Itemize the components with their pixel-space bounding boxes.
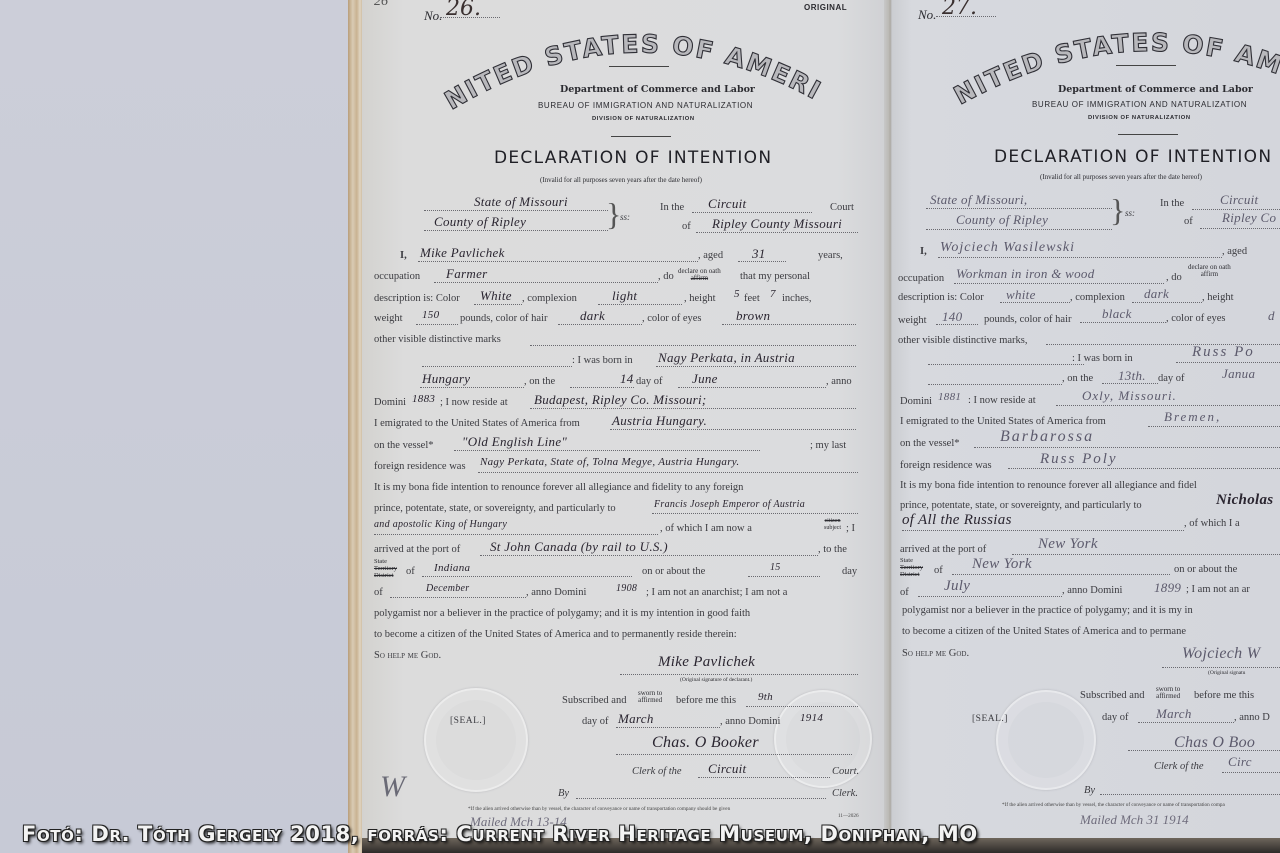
born-label: : I was born in bbox=[572, 355, 633, 366]
declare-affirm-choice: declare on oathaffirm bbox=[1188, 264, 1231, 278]
state-territory-district-choice: StateTerritoryDistrict bbox=[900, 557, 923, 578]
hair-value: black bbox=[1102, 306, 1132, 322]
field-line bbox=[1222, 772, 1280, 773]
clerk-court-value: Circ bbox=[1228, 754, 1252, 770]
birth-month-value: June bbox=[692, 371, 718, 387]
eyes-label: , color of eyes bbox=[642, 313, 701, 324]
no-label: No. bbox=[918, 7, 936, 23]
subscribed-label: Subscribed and bbox=[1080, 690, 1144, 701]
weight-value: 150 bbox=[422, 309, 439, 321]
field-line bbox=[480, 555, 818, 556]
field-line bbox=[1080, 322, 1166, 323]
sovereign-cont-value: of All the Russias bbox=[902, 512, 1012, 529]
last-label: ; my last bbox=[810, 440, 846, 451]
field-line bbox=[420, 387, 524, 388]
clerk-of-label: Clerk of the bbox=[632, 766, 682, 777]
height-label: , height bbox=[684, 293, 716, 304]
in-the-label: In the bbox=[660, 202, 684, 213]
pounds-label: pounds, color of hair bbox=[460, 313, 547, 324]
anno-domini-label-2: , anno Domini bbox=[720, 716, 780, 727]
department-heading: Department of Commerce and Labor bbox=[1058, 84, 1253, 95]
field-line bbox=[424, 210, 608, 211]
emigrated-from-value: Austria Hungary. bbox=[612, 413, 707, 429]
clerk-signature: Chas. O Booker bbox=[652, 734, 759, 752]
form-title: DECLARATION OF INTENTION bbox=[494, 148, 772, 168]
sworn-affirmed-choice: sworn toaffirmed bbox=[638, 690, 662, 704]
arrival-month-value: December bbox=[426, 583, 470, 594]
occupation-label: occupation bbox=[898, 273, 944, 284]
anno-domini-label-2: , anno D bbox=[1234, 712, 1270, 723]
foreign-label: foreign residence was bbox=[900, 460, 992, 471]
arrival-year-value: 1908 bbox=[616, 583, 637, 594]
weight-label: weight bbox=[374, 313, 403, 324]
declarant-signature: Mike Pavlichek bbox=[658, 654, 755, 671]
on-the-label: , on the bbox=[524, 376, 555, 387]
emigrated-from-value: Bremen, bbox=[1164, 409, 1221, 425]
field-line bbox=[698, 777, 830, 778]
port-value: St John Canada (by rail to U.S.) bbox=[490, 539, 668, 555]
divider-rule bbox=[1116, 65, 1176, 66]
field-line bbox=[610, 429, 856, 430]
signature-caption: (Original signatu bbox=[1208, 670, 1245, 676]
no-label: No. bbox=[424, 8, 442, 24]
prince-label: prince, potentate, state, or sovereignty… bbox=[374, 503, 616, 514]
form-code: 11—2026 bbox=[838, 813, 859, 819]
field-line bbox=[974, 447, 1280, 448]
weight-value: 140 bbox=[942, 309, 962, 325]
field-line bbox=[1200, 228, 1280, 229]
of-label-2: of bbox=[934, 565, 943, 576]
field-line bbox=[1000, 302, 1070, 303]
complexion-label: , complexion bbox=[522, 293, 577, 304]
field-line bbox=[738, 261, 786, 262]
bona-fide-text: It is my bona fide intention to renounce… bbox=[900, 480, 1197, 491]
field-line bbox=[1008, 468, 1280, 469]
citizen-subject-choice: citizensubject bbox=[824, 518, 841, 532]
field-line bbox=[954, 283, 1164, 284]
field-line bbox=[576, 798, 826, 799]
page-tab-number: 26 bbox=[374, 0, 388, 10]
marks-label: other visible distinctive marks, bbox=[898, 335, 1027, 346]
ss-label: ss: bbox=[1125, 208, 1135, 218]
occupation-value: Workman in iron & wood bbox=[956, 266, 1095, 282]
anno-label: , anno bbox=[826, 376, 852, 387]
field-line bbox=[1138, 722, 1234, 723]
day-of-label-2: day of bbox=[1102, 712, 1129, 723]
field-line bbox=[926, 229, 1112, 230]
left-page-form-26: 26 No. 26. ORIGINAL UNITED STATES OF AME… bbox=[362, 0, 890, 853]
marks-label: other visible distinctive marks bbox=[374, 334, 501, 345]
field-line bbox=[722, 324, 856, 325]
of-label: of bbox=[1184, 216, 1193, 227]
complexion-label: , complexion bbox=[1070, 292, 1125, 303]
field-line bbox=[530, 345, 856, 346]
foreign-residence-value: Russ Poly bbox=[1040, 451, 1118, 468]
vessel-label: on the vessel* bbox=[900, 438, 960, 449]
of-label-3: of bbox=[374, 587, 383, 598]
birth-year-value: 1883 bbox=[412, 393, 435, 405]
invalid-note: (Invalid for all purposes seven years af… bbox=[1040, 173, 1202, 181]
eyes-value: brown bbox=[736, 308, 770, 324]
field-line bbox=[938, 257, 1222, 258]
height-feet-value: 5 bbox=[734, 288, 740, 300]
pencil-mark: W bbox=[380, 770, 405, 804]
birth-day-value: 13th. bbox=[1118, 368, 1146, 384]
pencil-note: Mailed Mch 31 1914 bbox=[1080, 812, 1189, 828]
declarant-name-value: Wojciech Wasilewski bbox=[940, 240, 1075, 256]
so-help-me-god: So help me God. bbox=[374, 650, 441, 661]
polygamist-text: polygamist nor a believer in the practic… bbox=[374, 608, 750, 619]
court-label-2: Court. bbox=[832, 766, 859, 777]
arch-title: UNITED STATES OF AMERICA bbox=[442, 10, 842, 110]
field-line bbox=[926, 208, 1112, 209]
day-of-label-2: day of bbox=[582, 716, 609, 727]
arrived-label: arrived at the port of bbox=[374, 544, 460, 555]
anarchist-text: ; I am not an anarchist; I am not a bbox=[646, 587, 787, 598]
residence-value: Oxly, Missouri. bbox=[1082, 388, 1177, 404]
field-line bbox=[696, 232, 858, 233]
division-heading: DIVISION OF NATURALIZATION bbox=[1088, 115, 1191, 121]
clerk-label: Clerk. bbox=[832, 788, 858, 799]
domini-label: Domini bbox=[374, 397, 406, 408]
field-line bbox=[418, 261, 698, 262]
divider-rule bbox=[611, 136, 671, 137]
height-label: , height bbox=[1202, 292, 1234, 303]
photo-credit-caption: Fotó: Dr. Tóth Gergely 2018, forrás: Cur… bbox=[22, 822, 978, 846]
subscribed-label: Subscribed and bbox=[562, 695, 626, 706]
about-label: on or about the bbox=[1174, 564, 1237, 575]
reside-label: ; I now reside at bbox=[440, 397, 508, 408]
arrived-label: arrived at the port of bbox=[900, 544, 986, 555]
vessel-value: Barbarossa bbox=[1000, 428, 1094, 446]
arrival-day-value: 15 bbox=[770, 562, 781, 573]
personal-label: that my personal bbox=[740, 271, 810, 282]
field-line bbox=[598, 304, 682, 305]
field-line bbox=[416, 324, 458, 325]
signature-line bbox=[1128, 750, 1280, 751]
field-line bbox=[1148, 426, 1280, 427]
declarant-name-value: Mike Pavlichek bbox=[420, 245, 505, 261]
field-line bbox=[1132, 302, 1202, 303]
embossed-seal-left bbox=[424, 688, 528, 792]
color-value: White bbox=[480, 288, 512, 304]
aged-label: , aged bbox=[698, 250, 723, 261]
sovereign-cont-value: and apostolic King of Hungary bbox=[374, 519, 507, 530]
court-name-value: Circuit bbox=[708, 196, 746, 212]
field-line bbox=[928, 364, 1084, 365]
on-the-label: , on the bbox=[1062, 373, 1093, 384]
day-of-label: day of bbox=[1158, 373, 1185, 384]
i-label: I, bbox=[920, 246, 927, 257]
anarchist-text: ; I am not an ar bbox=[1186, 584, 1250, 595]
to-the-label: , to the bbox=[818, 544, 847, 555]
field-line bbox=[474, 304, 522, 305]
bureau-heading: BUREAU OF IMMIGRATION AND NATURALIZATION bbox=[538, 101, 753, 110]
field-line bbox=[902, 530, 1184, 531]
arrival-state-value: Indiana bbox=[434, 562, 470, 574]
domini-label: Domini bbox=[900, 396, 932, 407]
of-label-2: of bbox=[406, 566, 415, 577]
court-name-value: Circuit bbox=[1220, 192, 1258, 208]
signature-line bbox=[616, 754, 852, 755]
divider-rule bbox=[1118, 134, 1178, 135]
semi-i: ; I bbox=[846, 523, 855, 534]
field-line bbox=[652, 513, 858, 514]
field-line bbox=[678, 387, 826, 388]
hair-value: dark bbox=[580, 308, 605, 324]
eyes-label: , color of eyes bbox=[1166, 313, 1225, 324]
arrival-month-value: July bbox=[944, 578, 970, 595]
county-value: County of Ripley bbox=[434, 214, 526, 230]
court-label: Court bbox=[830, 202, 854, 213]
birthplace-value: Nagy Perkata, in Austria bbox=[658, 350, 795, 366]
birth-year-value: 1881 bbox=[938, 391, 961, 403]
birth-month-value: Janua bbox=[1222, 366, 1255, 382]
which-label: , of which I a bbox=[1184, 518, 1240, 529]
table-background bbox=[0, 0, 360, 853]
of-label-3: of bbox=[900, 587, 909, 598]
seal-label: [SEAL.] bbox=[450, 716, 486, 726]
arrival-state-value: New York bbox=[972, 556, 1032, 573]
born-label: : I was born in bbox=[1072, 353, 1133, 364]
anno-domini-label: , anno Domini bbox=[1062, 585, 1122, 596]
eyes-value: d bbox=[1268, 308, 1275, 324]
birth-day-value: 14 bbox=[620, 371, 634, 387]
complexion-value: dark bbox=[1144, 286, 1169, 302]
signature-caption: (Original signature of declarant.) bbox=[680, 677, 752, 683]
weight-label: weight bbox=[898, 315, 927, 326]
port-value: New York bbox=[1038, 536, 1098, 553]
emigrated-label: I emigrated to the United States of Amer… bbox=[374, 418, 580, 429]
birthplace-cont-value: Hungary bbox=[422, 371, 470, 387]
sovereign-value: Francis Joseph Emperor of Austria bbox=[654, 499, 805, 510]
reside-label: : I now reside at bbox=[968, 395, 1036, 406]
prince-label: prince, potentate, state, or sovereignty… bbox=[900, 500, 1142, 511]
department-heading: Department of Commerce and Labor bbox=[560, 84, 755, 95]
residence-value: Budapest, Ripley Co. Missouri; bbox=[534, 392, 707, 408]
age-value: 31 bbox=[752, 246, 766, 262]
field-line bbox=[422, 576, 632, 577]
field-line bbox=[434, 282, 658, 283]
description-label: description is: Color bbox=[898, 292, 984, 303]
field-line bbox=[1176, 362, 1280, 363]
field-line bbox=[692, 212, 812, 213]
field-line bbox=[374, 534, 658, 535]
brace: } bbox=[1110, 194, 1125, 226]
signature-line bbox=[1162, 667, 1280, 668]
state-territory-district-choice: StateTerritoryDistrict bbox=[374, 558, 397, 579]
aged-label: , aged bbox=[1222, 246, 1247, 257]
field-line bbox=[478, 472, 858, 473]
division-heading: DIVISION OF NATURALIZATION bbox=[592, 116, 695, 122]
citizen-intent-text: to become a citizen of the United States… bbox=[902, 626, 1186, 637]
signature-line bbox=[620, 674, 858, 675]
footnote: *If the alien arrived otherwise than by … bbox=[1002, 802, 1225, 808]
field-line bbox=[424, 230, 608, 231]
field-line bbox=[1012, 554, 1280, 555]
field-line bbox=[748, 576, 820, 577]
state-value: State of Missouri bbox=[474, 194, 568, 210]
vessel-label: on the vessel* bbox=[374, 440, 434, 451]
invalid-note: (Invalid for all purposes seven years af… bbox=[540, 176, 702, 184]
by-label: By bbox=[558, 788, 569, 799]
field-line bbox=[390, 597, 526, 598]
sworn-month-value: March bbox=[618, 711, 654, 727]
so-help-me-god: So help me God. bbox=[902, 648, 969, 659]
sworn-month-value: March bbox=[1156, 706, 1192, 722]
anno-domini-label: , anno Domini bbox=[526, 587, 586, 598]
occupation-label: occupation bbox=[374, 271, 420, 282]
day-label: day bbox=[842, 566, 857, 577]
i-label: I, bbox=[400, 250, 407, 261]
right-page-form-27: No. 27. UNITED STATES OF AMERICA Departm… bbox=[892, 0, 1280, 853]
field-line bbox=[656, 366, 856, 367]
about-label: on or about the bbox=[642, 566, 705, 577]
foreign-label: foreign residence was bbox=[374, 461, 466, 472]
field-line bbox=[616, 727, 720, 728]
field-line bbox=[952, 574, 1170, 575]
by-label: By bbox=[1084, 785, 1095, 796]
field-line bbox=[422, 366, 572, 367]
complexion-value: light bbox=[612, 288, 637, 304]
state-value: State of Missouri, bbox=[930, 192, 1028, 208]
color-value: white bbox=[1006, 287, 1036, 303]
clerk-court-value: Circuit bbox=[708, 761, 746, 777]
footnote: *If the alien arrived otherwise than by … bbox=[468, 806, 730, 812]
county-value: County of Ripley bbox=[956, 212, 1048, 228]
sworn-affirmed-choice: sworn toaffirmed bbox=[1156, 686, 1180, 700]
sovereign-value: Nicholas bbox=[1216, 492, 1273, 509]
court-location-value: Ripley County Missouri bbox=[712, 216, 842, 232]
do-label: , do bbox=[658, 271, 674, 282]
in-the-label: In the bbox=[1160, 198, 1184, 209]
description-label: description is: Color bbox=[374, 293, 460, 304]
sworn-year-value: 1914 bbox=[800, 712, 823, 724]
do-label: , do bbox=[1166, 272, 1182, 283]
declarant-signature: Wojciech W bbox=[1182, 645, 1260, 663]
years-label: years, bbox=[818, 250, 843, 261]
field-line bbox=[1100, 794, 1280, 795]
inches-label: inches, bbox=[782, 293, 811, 304]
field-line bbox=[530, 408, 856, 409]
before-label: before me this bbox=[1194, 690, 1254, 701]
polygamist-text: polygamist nor a believer in the practic… bbox=[902, 605, 1193, 616]
arrival-year-value: 1899 bbox=[1154, 580, 1181, 596]
ss-label: ss: bbox=[620, 212, 630, 222]
birthplace-value: Russ Po bbox=[1192, 344, 1255, 361]
svg-text:UNITED STATES OF AMERICA: UNITED STATES OF AMERICA bbox=[442, 10, 827, 110]
height-inches-value: 7 bbox=[770, 288, 776, 300]
clerk-of-label: Clerk of the bbox=[1154, 761, 1204, 772]
field-line bbox=[746, 706, 858, 707]
feet-label: feet bbox=[744, 293, 760, 304]
field-line bbox=[1102, 383, 1158, 384]
day-of-label: day of bbox=[636, 376, 663, 387]
court-location-value: Ripley Co bbox=[1222, 210, 1276, 226]
sworn-day-value: 9th bbox=[758, 691, 773, 703]
which-label: , of which I am now a bbox=[660, 523, 752, 534]
field-line bbox=[570, 387, 634, 388]
bureau-heading: BUREAU OF IMMIGRATION AND NATURALIZATION bbox=[1032, 100, 1247, 109]
field-line bbox=[928, 384, 1062, 385]
field-line bbox=[454, 450, 760, 451]
of-label: of bbox=[682, 221, 691, 232]
field-line bbox=[1056, 405, 1280, 406]
emigrated-label: I emigrated to the United States of Amer… bbox=[900, 416, 1106, 427]
form-title: DECLARATION OF INTENTION bbox=[994, 147, 1272, 167]
field-line bbox=[918, 596, 1062, 597]
vessel-value: "Old English Line" bbox=[462, 434, 567, 450]
occupation-value: Farmer bbox=[446, 266, 488, 282]
declare-affirm-choice: declare on oathaffirm bbox=[678, 268, 721, 282]
embossed-seal bbox=[996, 690, 1096, 790]
seal-label: [SEAL.] bbox=[972, 714, 1008, 724]
bona-fide-text: It is my bona fide intention to renounce… bbox=[374, 482, 743, 493]
pounds-label: pounds, color of hair bbox=[984, 314, 1071, 325]
field-line bbox=[936, 324, 978, 325]
before-label: before me this bbox=[676, 695, 736, 706]
divider-rule bbox=[609, 66, 669, 67]
field-line bbox=[558, 324, 642, 325]
foreign-residence-value: Nagy Perkata, State of, Tolna Megye, Aus… bbox=[480, 456, 739, 468]
citizen-intent-text: to become a citizen of the United States… bbox=[374, 629, 737, 640]
